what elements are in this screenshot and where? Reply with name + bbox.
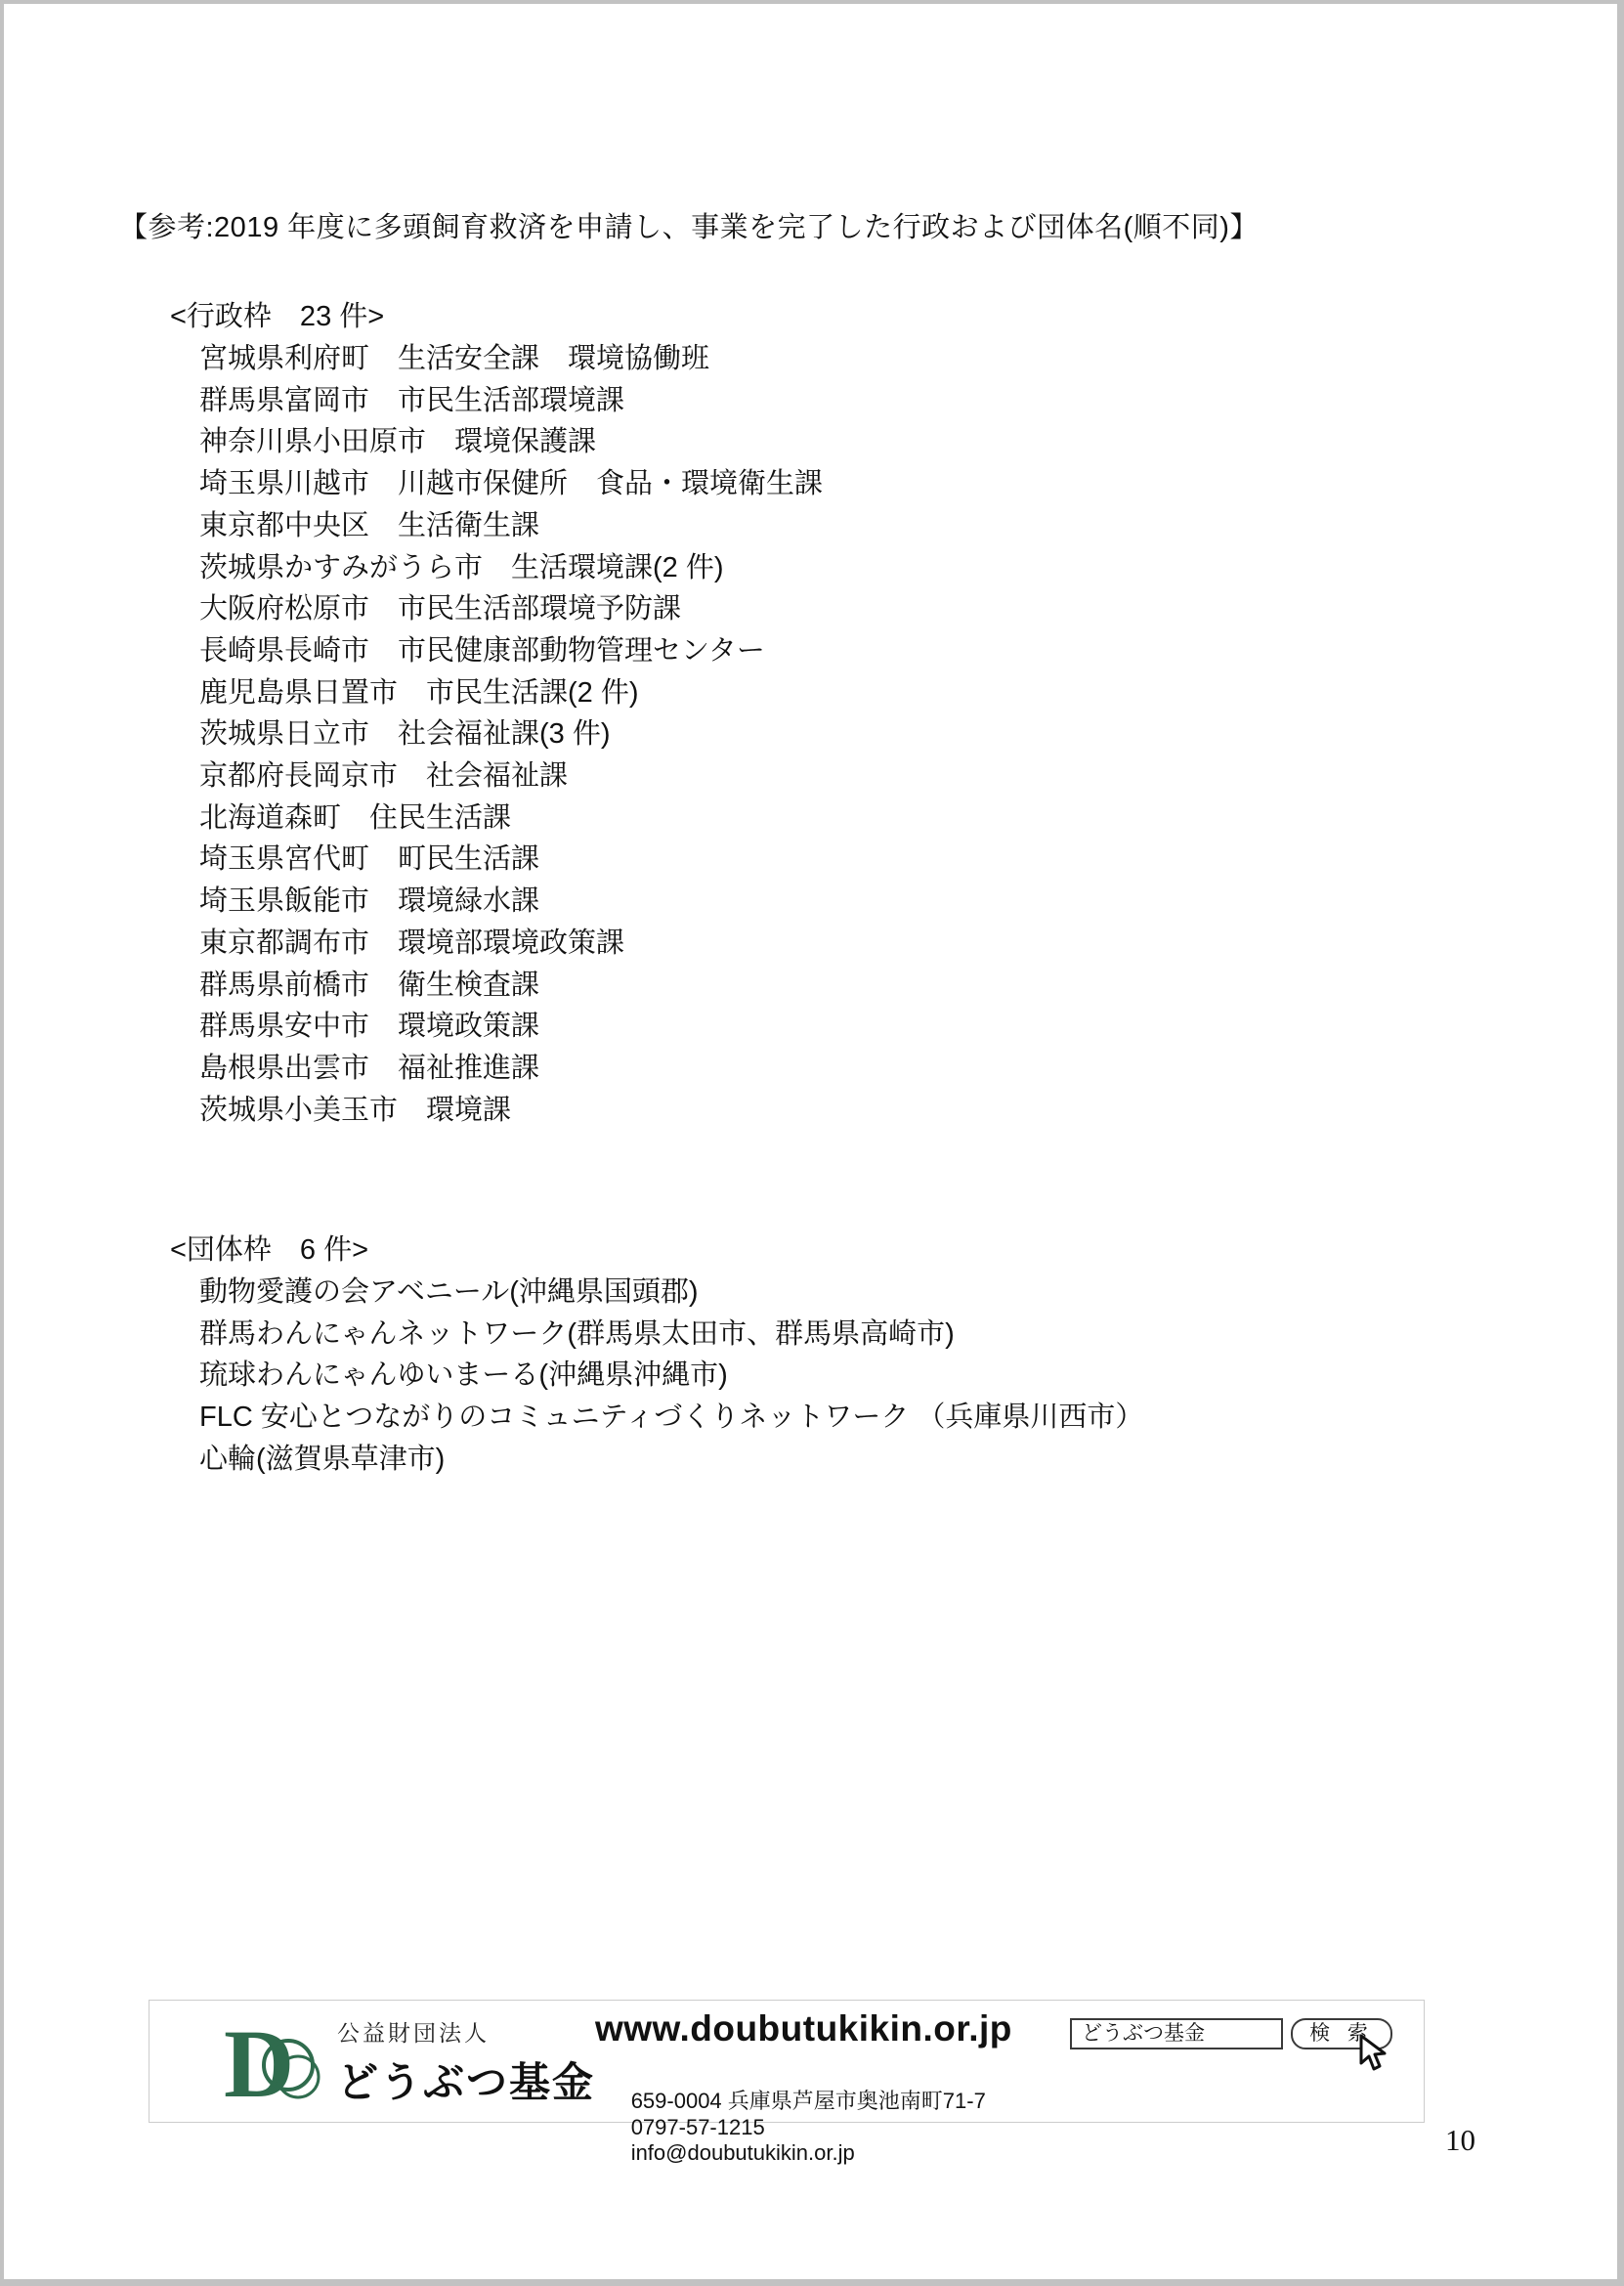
contact-line: 659-0004 兵庫県芦屋市奥池南町71-7 0797-57-1215 inf…	[595, 2059, 1007, 2191]
list-item: 北海道森町 住民生活課	[199, 798, 823, 840]
list-item: 茨城県日立市 社会福祉課(3 件)	[199, 713, 823, 755]
org-name: どうぶつ基金	[337, 2050, 595, 2109]
list-item: 大阪府松原市 市民生活部環境予防課	[199, 588, 823, 630]
page-number: 10	[1445, 2123, 1475, 2158]
footer-banner: D 公益財団法人 どうぶつ基金 www.doubutukikin.or.jp 6…	[149, 2000, 1425, 2123]
list-item: 長崎県長崎市 市民健康部動物管理センター	[199, 630, 823, 672]
list-item: 群馬県安中市 環境政策課	[199, 1006, 823, 1048]
list-item: 茨城県小美玉市 環境課	[199, 1090, 823, 1132]
list-item: 群馬県前橋市 衛生検査課	[199, 965, 823, 1007]
list-item: 埼玉県宮代町 町民生活課	[199, 839, 823, 881]
list-item: 神奈川県小田原市 環境保護課	[199, 421, 823, 463]
email-address: info@doubutukikin.or.jp	[631, 2140, 855, 2165]
groups-list: 動物愛護の会アベニール(沖縄県国頭郡) 群馬わんにゃんネットワーク(群馬県太田市…	[170, 1272, 1143, 1481]
logo-text-block: 公益財団法人 どうぶつ基金	[337, 2015, 595, 2109]
list-item: 茨城県かすみがうら市 生活環境課(2 件)	[199, 547, 823, 589]
list-item: 島根県出雲市 福祉推進課	[199, 1048, 823, 1090]
section-groups-heading: <団体枠 6 件>	[170, 1229, 1143, 1272]
list-item: 心輪(滋賀県草津市)	[199, 1439, 1143, 1481]
page-title: 【参考:2019 年度に多頭飼育救済を申請し、事業を完了した行政および団体名(順…	[119, 205, 1259, 245]
list-item: 琉球わんにゃんゆいまーる(沖縄県沖縄市)	[199, 1355, 1143, 1397]
list-item: 群馬県富岡市 市民生活部環境課	[199, 380, 823, 422]
list-item: 埼玉県飯能市 環境緑水課	[199, 881, 823, 923]
list-item: FLC 安心とつながりのコミュニティづくりネットワーク （兵庫県川西市）	[199, 1397, 1143, 1439]
section-admin-heading: <行政枠 23 件>	[170, 296, 823, 338]
mouse-cursor-icon	[1357, 2034, 1396, 2075]
org-type: 公益財団法人	[337, 2015, 595, 2048]
list-item: 群馬わんにゃんネットワーク(群馬県太田市、群馬県高崎市)	[199, 1314, 1143, 1356]
list-item: 京都府長岡京市 社会福祉課	[199, 755, 823, 798]
document-page: 【参考:2019 年度に多頭飼育救済を申請し、事業を完了した行政および団体名(順…	[4, 4, 1617, 2279]
search-input: どうぶつ基金	[1070, 2018, 1283, 2049]
list-item: 埼玉県川越市 川越市保健所 食品・環境衛生課	[199, 463, 823, 505]
doubutukikin-logo-icon: D	[224, 2010, 331, 2112]
admin-list: 宮城県利府町 生活安全課 環境協働班 群馬県富岡市 市民生活部環境課 神奈川県小…	[170, 338, 823, 1131]
list-item: 宮城県利府町 生活安全課 環境協働班	[199, 338, 823, 380]
postal-address: 659-0004 兵庫県芦屋市奥池南町71-7	[631, 2089, 986, 2113]
list-item: 東京都中央区 生活衛生課	[199, 505, 823, 547]
list-item: 鹿児島県日置市 市民生活課(2 件)	[199, 672, 823, 714]
section-admin: <行政枠 23 件> 宮城県利府町 生活安全課 環境協働班 群馬県富岡市 市民生…	[170, 296, 823, 1131]
section-groups: <団体枠 6 件> 動物愛護の会アベニール(沖縄県国頭郡) 群馬わんにゃんネット…	[170, 1229, 1143, 1481]
list-item: 東京都調布市 環境部環境政策課	[199, 923, 823, 965]
website-url: www.doubutukikin.or.jp	[595, 2008, 1012, 2049]
phone-number: 0797-57-1215	[631, 2115, 765, 2139]
list-item: 動物愛護の会アベニール(沖縄県国頭郡)	[199, 1272, 1143, 1314]
